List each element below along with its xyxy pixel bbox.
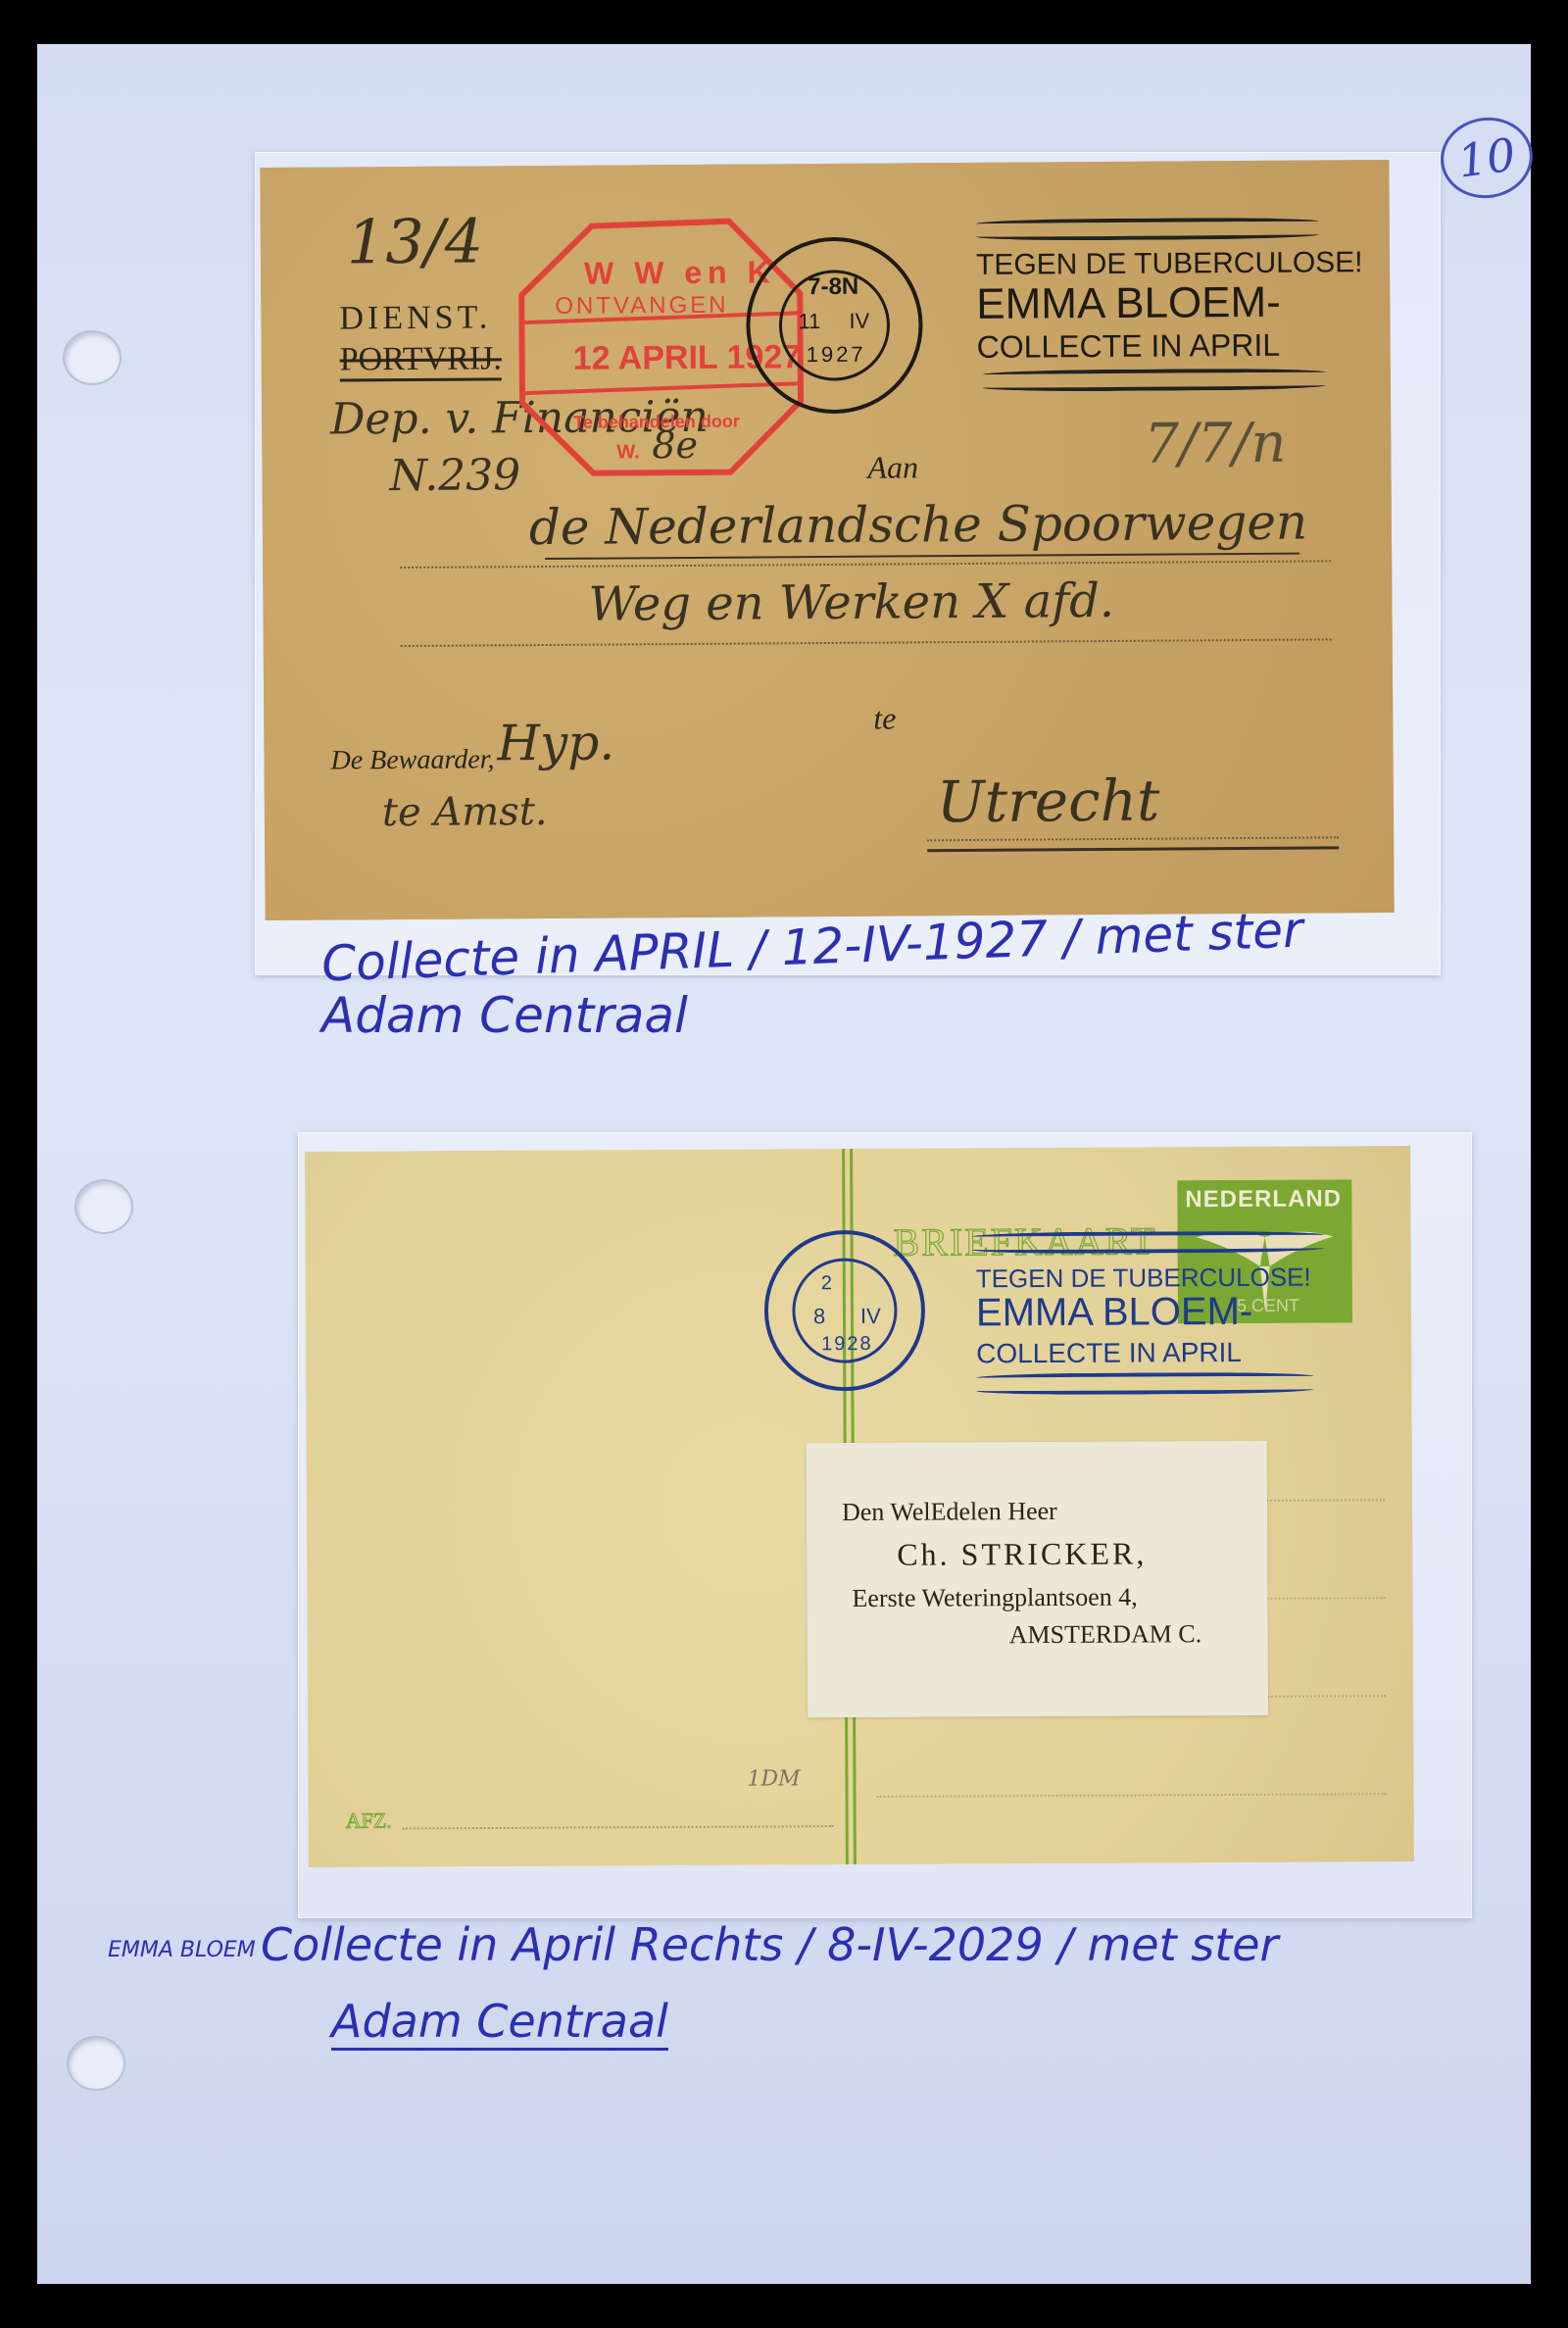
slogan-line3: COLLECTE IN APRIL (977, 327, 1281, 366)
address-dotted-line (400, 560, 1331, 569)
slogan-line1: TEGEN DE TUBERCULOSE! (976, 246, 1363, 282)
postcard-1928: BRIEFKAART NEDERLAND 5 CENT 2 8 IV 1928 … (305, 1146, 1414, 1867)
wavy-lines-icon (976, 1372, 1313, 1396)
te-label: te (873, 701, 896, 737)
dienst-header: DIENST. (339, 299, 491, 337)
round-postmark-icon (741, 231, 928, 419)
slogan-line2: EMMA BLOEM- (976, 278, 1281, 329)
portvrij-header: PORTVRIJ. (340, 340, 502, 381)
slogan-line2: EMMA BLOEM- (976, 1290, 1252, 1335)
postmark-year: 1927 (807, 342, 866, 368)
bewaarder-label: De Bewaarder, (330, 744, 494, 776)
aan-label: Aan (867, 449, 918, 485)
round-postmark-icon (761, 1227, 929, 1395)
postcard-1927: 13/4 DIENST. PORTVRIJ. Dep. v. Financiën… (260, 160, 1394, 920)
album-note-2-prefix: EMMA BLOEM (108, 1938, 256, 1962)
postmark-month: IV (860, 1304, 881, 1329)
punch-hole (67, 2036, 125, 2091)
album-page: 10 13/4 DIENST. PORTVRIJ. Dep. v. Financ… (37, 44, 1531, 2284)
postmark-day: 8 (813, 1304, 825, 1329)
label-salutation: Den WelEdelen Heer (842, 1497, 1057, 1527)
afz-label: AFZ. (346, 1808, 392, 1834)
city-underline (927, 846, 1339, 852)
bewaarder-signature: Hyp. (497, 715, 614, 772)
punch-hole (74, 1179, 133, 1234)
postmark-year: 1928 (821, 1333, 873, 1356)
address-dotted-line (401, 638, 1332, 647)
postmark-time: 7-8N (808, 273, 858, 301)
postmark-time: 2 (821, 1272, 832, 1295)
album-note-1-line2: Adam Centraal (321, 987, 688, 1044)
punch-hole (63, 330, 122, 385)
sender-number: N.239 (389, 450, 520, 501)
label-city: AMSTERDAM C. (1009, 1619, 1202, 1650)
cachet-line5-value: 8e (652, 423, 698, 467)
destination-city: Utrecht (937, 768, 1160, 836)
handwritten-date: 13/4 (347, 205, 484, 277)
wavy-lines-icon (983, 368, 1326, 391)
album-note-2-line2: Adam Centraal (331, 1995, 668, 2051)
wavy-lines-icon (972, 1231, 1325, 1255)
bewaarder-place: te Amst. (382, 789, 548, 835)
postmark-day: 11 (798, 309, 820, 334)
address-dotted-line (877, 1793, 1387, 1798)
label-street: Eerste Weteringplantsoen 4, (852, 1583, 1137, 1614)
pencil-initials: 7/7/n (1144, 412, 1287, 476)
cachet-line2: ONTVANGEN (555, 292, 728, 321)
addressee-line1: de Nederlandsche Spoorwegen (529, 494, 1308, 557)
sender-dotted-line (403, 1825, 834, 1829)
album-note-2-line1: Collecte in April Rechts / 8-IV-2029 / m… (261, 1918, 1278, 1971)
label-name: Ch. STRICKER, (897, 1535, 1147, 1572)
cachet-line5-label: W. (616, 441, 640, 464)
pencil-note: 1DM (747, 1766, 800, 1791)
slogan-line1: TEGEN DE TUBERCULOSE! (976, 1263, 1311, 1295)
stamp-country: NEDERLAND (1185, 1185, 1342, 1214)
addressee-line2: Weg en Werken X afd. (588, 573, 1114, 632)
slogan-line3: COLLECTE IN APRIL (976, 1337, 1242, 1369)
address-label: Den WelEdelen Heer Ch. STRICKER, Eerste … (807, 1441, 1268, 1717)
wavy-lines-icon (976, 217, 1319, 240)
city-dotted-line (927, 836, 1339, 841)
postmark-month: IV (849, 309, 869, 334)
page-number: 10 (1436, 112, 1538, 204)
